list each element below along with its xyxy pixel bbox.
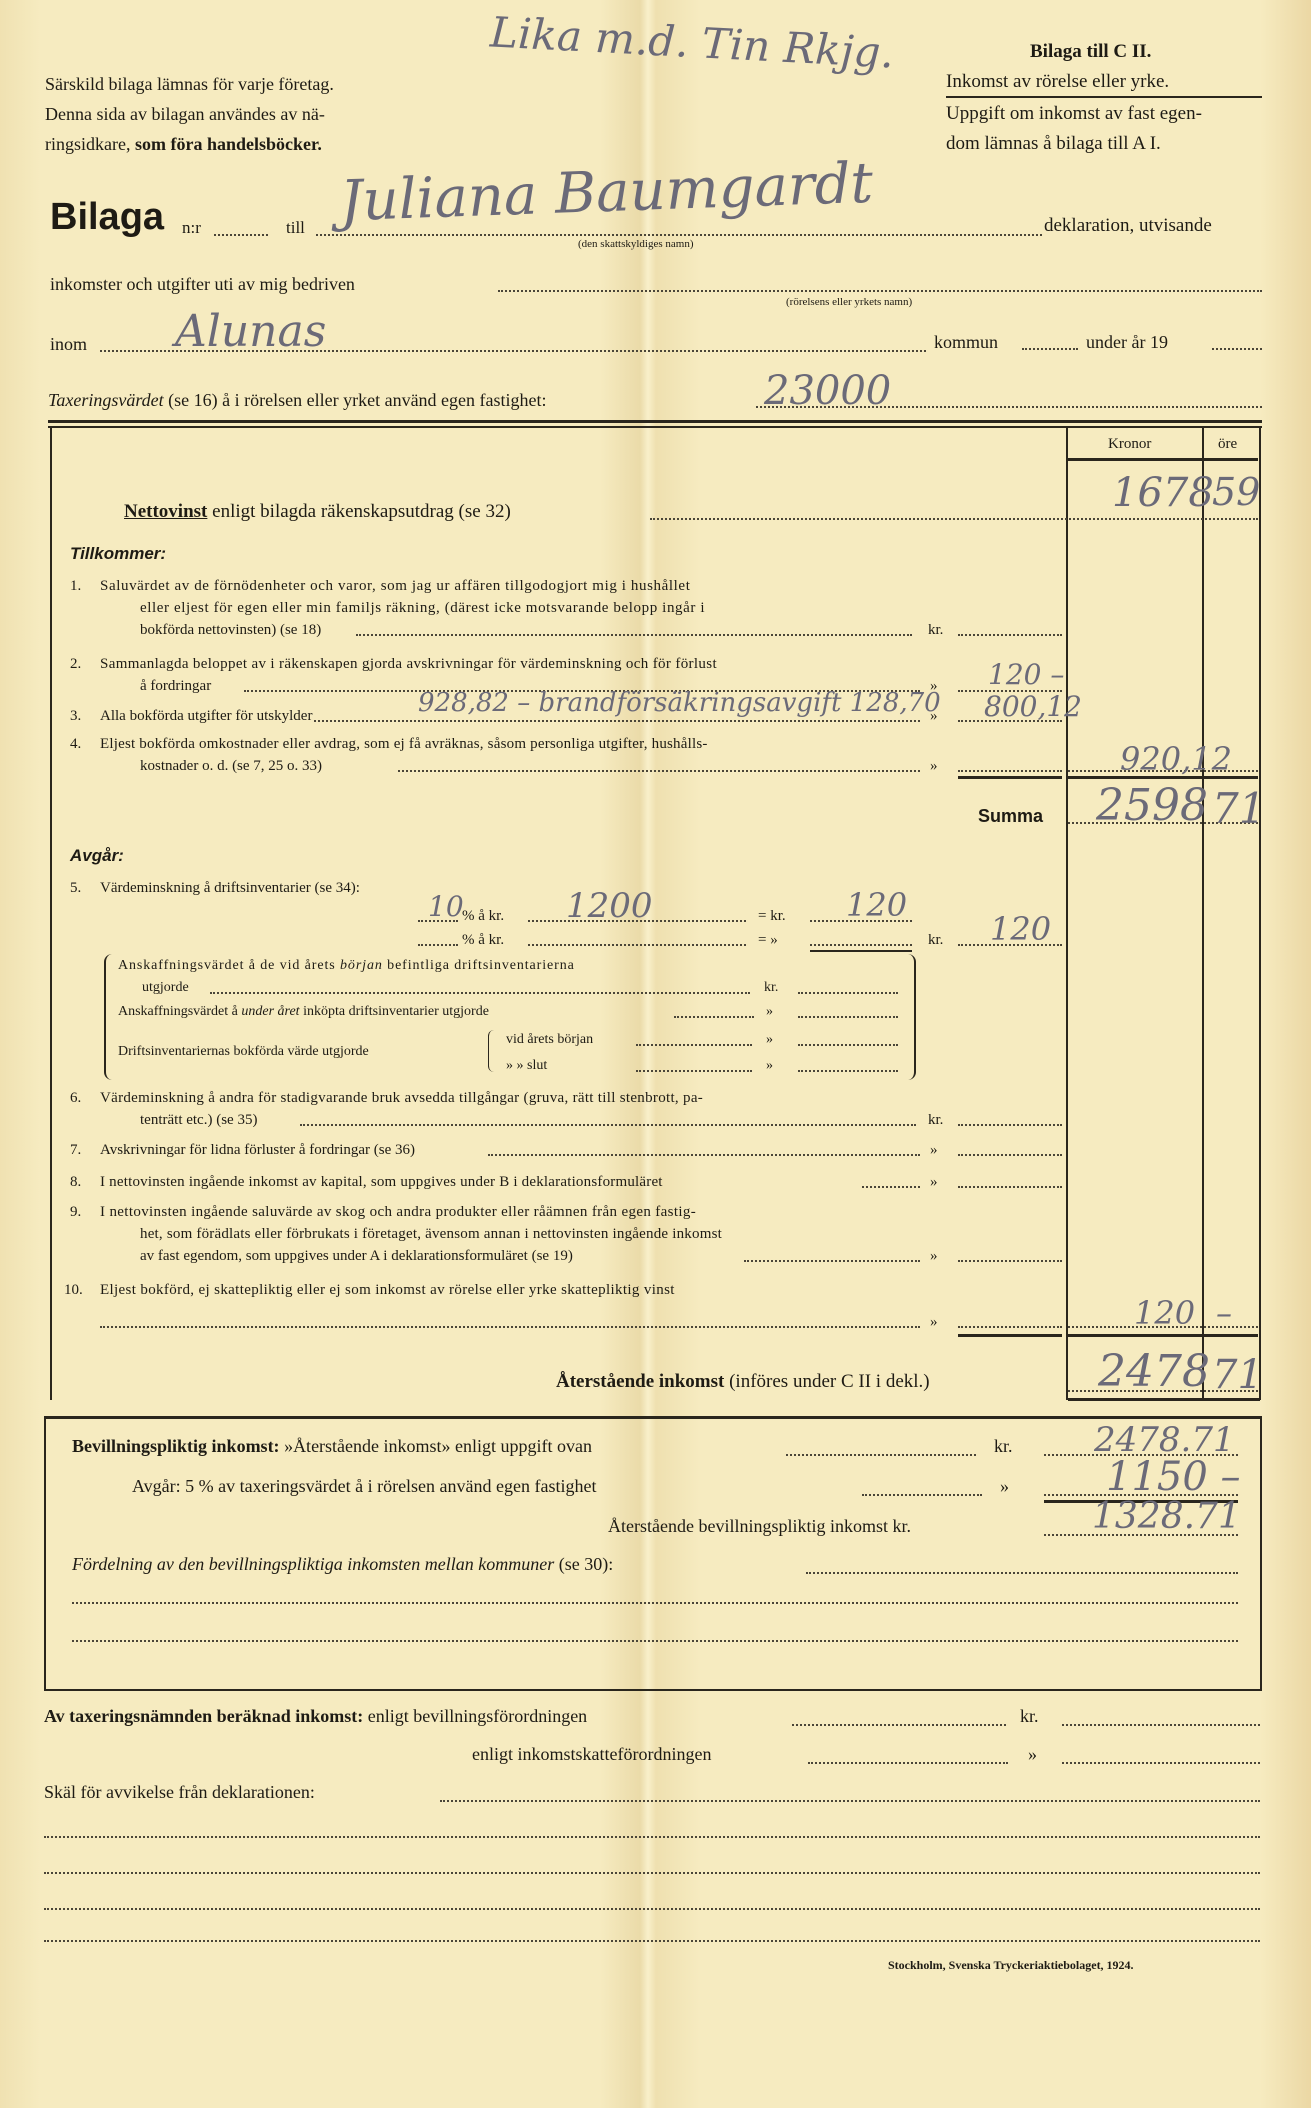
item-unit: » (930, 1312, 938, 1332)
committee-bold: Av taxeringsnämnden beräknad inkomst: (44, 1706, 363, 1726)
reason-field-2[interactable] (44, 1836, 1260, 1838)
item-3-value: 800,12 (984, 690, 1082, 723)
item-line: eller eljest för egen eller min familjs … (140, 598, 705, 618)
form-title: Bilaga till C II. (1030, 42, 1151, 62)
add-subtotal-value: 920,12 (1120, 740, 1232, 778)
summa-label: Summa (978, 806, 1043, 826)
remaining-bold: Återstående inkomst (556, 1371, 724, 1392)
item-6-value-field[interactable] (958, 1124, 1062, 1126)
item-line: tenträtt etc.) (se 35) (140, 1110, 257, 1130)
bracket-leader (636, 1044, 752, 1046)
result-underline (810, 950, 912, 952)
reason-field-5[interactable] (44, 1940, 1260, 1942)
distribution-label-italic: Fördelning av den bevillningspliktiga in… (72, 1554, 554, 1574)
item-leader (488, 1154, 920, 1156)
kronor-header: Kronor (1108, 434, 1151, 454)
remaining-kronor: 2478 (1098, 1346, 1210, 1397)
book-value-end-field[interactable] (798, 1070, 898, 1072)
inner-brace (488, 1030, 495, 1072)
till-label: till (286, 218, 305, 238)
assessable-leader (786, 1454, 976, 1456)
item-9-value-field[interactable] (958, 1260, 1062, 1262)
bracket-unit-3: » (766, 1030, 773, 1050)
sub-total-ore: – (1216, 1294, 1232, 1332)
inom-label: inom (50, 334, 87, 354)
bracket-unit-2: » (766, 1002, 773, 1022)
committee-leader (808, 1762, 1008, 1764)
committee-income-tax-field[interactable] (1062, 1762, 1260, 1764)
bracket-line-1c: utgjorde (142, 978, 189, 998)
bracket-line-2-italic: under året (241, 1004, 299, 1019)
bracket-unit-1: kr. (764, 978, 778, 998)
year-field[interactable] (1212, 348, 1262, 350)
remaining-assessable-value: 1328.71 (1092, 1496, 1241, 1537)
year-label: under år 19 (1086, 332, 1168, 352)
pct-label: % å kr. (462, 930, 504, 950)
committee-unit-2: » (1028, 1744, 1037, 1764)
item-line: Sammanlagda beloppet av i räkenskapen gj… (100, 654, 717, 674)
table-top-rule (48, 420, 1262, 423)
reason-field-4[interactable] (44, 1908, 1260, 1910)
result-2-field[interactable] (810, 944, 912, 946)
book-value-start-field[interactable] (798, 1044, 898, 1046)
base-2-field[interactable] (528, 944, 746, 946)
table-right-border (1259, 428, 1261, 1400)
sub-sum-rule-right (1068, 1334, 1258, 1337)
remaining-ore: 71 (1212, 1352, 1263, 1398)
item-line: bokförda nettovinsten) (se 18) (140, 620, 321, 640)
notice-line-1: Särskild bilaga lämnas för varje företag… (45, 74, 334, 94)
item-leader (356, 634, 912, 636)
subtitle-underline (946, 96, 1262, 98)
printer-imprint: Stockholm, Svenska Tryckeriaktiebolaget,… (888, 1955, 1134, 1975)
remaining-label: (införes under C II i dekl.) (724, 1371, 929, 1392)
sub-total-kronor: 120 (1134, 1294, 1195, 1332)
deklaration-label: deklaration, utvisande (1044, 216, 1212, 236)
bracket-line-1b: befintliga driftsinventarierna (383, 958, 575, 973)
form-subtitle: Inkomst av rörelse eller yrke. (946, 72, 1169, 92)
right-brace (904, 954, 916, 1080)
distribution-label: (se 30): (554, 1554, 613, 1574)
add-sum-rule-right (1068, 776, 1258, 779)
item-number: 5. (70, 878, 81, 898)
item-line: I nettovinsten ingående saluvärde av sko… (100, 1202, 696, 1222)
item-line: å fordringar (140, 676, 211, 696)
bracket-line-2a: Anskaffningsvärdet å (118, 1004, 241, 1019)
item-number: 9. (70, 1202, 81, 1222)
bracket-leader (674, 1016, 754, 1018)
item-3-handwritten-note: 928,82 – brandförsäkringsavgift 128,70 (418, 688, 941, 718)
distribution-field-1[interactable] (806, 1572, 1238, 1574)
item-line: kostnader o. d. (se 7, 25 o. 33) (140, 756, 322, 776)
assessable-unit-2: » (1000, 1476, 1009, 1496)
bracket-line-1-italic: början (340, 958, 383, 973)
left-brace (104, 954, 116, 1080)
item-line: I nettovinsten ingående inkomst av kapit… (100, 1172, 663, 1192)
item-number: 10. (64, 1280, 83, 1300)
sub-sum-rule-left (958, 1334, 1062, 1337)
bracket-leader (636, 1070, 752, 1072)
taxpayer-name-field[interactable] (316, 234, 1042, 236)
distribution-field-3[interactable] (72, 1640, 1238, 1642)
item-5-label: Värdeminskning å driftsinventarier (se 3… (100, 878, 360, 898)
pct-1-value: 10 (428, 890, 464, 923)
remaining-underline (1068, 1398, 1260, 1401)
add-sum-rule-left (958, 776, 1062, 779)
ore-col-left (1202, 428, 1204, 1400)
item-number: 4. (70, 734, 81, 754)
kommun-dots (1022, 348, 1078, 350)
item-7-value-field[interactable] (958, 1154, 1062, 1156)
net-profit-kronor[interactable]: 1678 (1112, 470, 1214, 516)
bracket-leader (210, 992, 750, 994)
item-leader (314, 720, 920, 722)
bracket-line-1a: Anskaffningsvärdet å de vid årets (118, 958, 340, 973)
book-value-end-label: » » slut (506, 1056, 547, 1076)
item-line: Avskrivningar för lidna förluster å ford… (100, 1140, 415, 1160)
base-1-value: 1200 (566, 886, 653, 926)
assessable-line-1: »Återstående inkomst» enligt uppgift ova… (280, 1436, 592, 1456)
tillkommer-label: Tillkommer: (70, 544, 166, 564)
pct-label: % å kr. (462, 906, 504, 926)
deduction-value: 1150 – (1106, 1454, 1241, 1500)
business-caption: (rörelsens eller yrkets namn) (786, 296, 912, 308)
item-line: Eljest bokförda omkostnader eller avdrag… (100, 734, 708, 754)
table-left-border (50, 428, 52, 1400)
item-leader (300, 1124, 916, 1126)
reason-label: Skäl för avvikelse från deklarationen: (44, 1782, 315, 1802)
assessable-leader (862, 1494, 982, 1496)
committee-leader (792, 1724, 1006, 1726)
committee-line-2: enligt inkomstskatteförordningen (472, 1744, 711, 1764)
tax-value-label: (se 16) å i rörelsen eller yrket använd … (164, 390, 547, 410)
item-number: 3. (70, 706, 81, 726)
item-line: Alla bokförda utgifter för utskylder (100, 706, 312, 726)
bracket-unit-4: » (766, 1056, 773, 1076)
item-1-value-field[interactable] (958, 634, 1062, 636)
net-profit-label: enligt bilagda räkenskapsutdrag (se 32) (207, 501, 510, 522)
item-line: Eljest bokförd, ej skattepliktig eller e… (100, 1280, 675, 1300)
net-profit-ore[interactable]: 59 (1212, 470, 1260, 514)
item-unit: » (930, 1246, 938, 1266)
notice-line-3: ringsidkare, (45, 134, 135, 154)
committee-grant-ordinance-field[interactable] (1062, 1724, 1260, 1726)
reason-field-3[interactable] (44, 1872, 1260, 1874)
item-unit: kr. (928, 620, 943, 640)
item-number: 1. (70, 576, 81, 596)
item-unit: » (930, 1172, 938, 1192)
eq-label: = » (758, 930, 778, 950)
form-note-2: dom lämnas å bilaga till A I. (946, 134, 1161, 154)
book-value-start-label: vid årets början (506, 1030, 593, 1050)
item-line: het, som förädlats eller förbrukats i fö… (140, 1224, 722, 1244)
kronor-col-left (1066, 428, 1068, 1400)
net-profit-bold: Nettovinst (124, 501, 207, 522)
item-5-total-value: 120 (990, 910, 1051, 948)
tax-value-handwritten: 23000 (764, 368, 891, 414)
business-label: inkomster och utgifter uti av mig bedriv… (50, 274, 355, 294)
item-unit: kr. (928, 1110, 943, 1130)
item-unit: » (930, 756, 938, 776)
table-top-rule-2 (48, 426, 1262, 428)
item-leader (862, 1186, 920, 1188)
item-unit: » (930, 706, 938, 726)
item-leader (398, 770, 920, 772)
notice-line-2: Denna sida av bilagan användes av nä- (45, 104, 325, 124)
item-unit: » (930, 1140, 938, 1160)
reason-field-1[interactable] (440, 1800, 1260, 1802)
acquisition-start-field[interactable] (798, 992, 898, 994)
ore-header: öre (1218, 434, 1237, 454)
bracket-line-2b: inköpta driftsinventarier utgjorde (300, 1004, 489, 1019)
committee-unit-1: kr. (1020, 1706, 1039, 1726)
item-number: 8. (70, 1172, 81, 1192)
item-10-description-field[interactable] (100, 1326, 920, 1328)
notice-line-3-bold: som föra handelsböcker. (135, 134, 322, 154)
assessable-line-3: Återstående bevillningspliktig inkomst k… (608, 1516, 911, 1536)
result-1-value: 120 (846, 886, 907, 924)
municipality-handwritten: Alunas (175, 306, 326, 357)
net-profit-leader (650, 518, 1258, 520)
item-8-value-field[interactable] (958, 1186, 1062, 1188)
acquisition-during-field[interactable] (798, 1016, 898, 1018)
avgar-label: Avgår: (70, 846, 124, 866)
item-number: 2. (70, 654, 81, 674)
item-number: 6. (70, 1088, 81, 1108)
item-line: Värdeminskning å andra för stadigvarande… (100, 1088, 703, 1108)
nr-label: n:r (182, 218, 201, 238)
bracket-line-3: Driftsinventariernas bokförda värde utgj… (118, 1042, 369, 1062)
item-line: av fast egendom, som uppgives under A i … (140, 1246, 573, 1266)
item-2-value: 120 – (988, 658, 1064, 691)
summa-kronor: 2598 (1096, 780, 1208, 831)
item-5-total-unit: kr. (928, 930, 943, 950)
business-name-field[interactable] (498, 290, 1262, 292)
bilaga-heading: Bilaga (50, 196, 164, 239)
nr-field[interactable] (214, 234, 268, 236)
assessable-bold: Bevillningspliktig inkomst: (72, 1436, 280, 1456)
form-note-1: Uppgift om inkomst av fast egen- (946, 104, 1202, 124)
summa-ore: 71 (1212, 784, 1265, 833)
assessable-unit-1: kr. (994, 1436, 1013, 1456)
item-number: 7. (70, 1140, 81, 1160)
eq-label: = kr. (758, 906, 786, 926)
kommun-label: kommun (934, 332, 998, 352)
tax-value-label-italic: Taxeringsvärdet (48, 390, 164, 410)
pct-2-field[interactable] (418, 944, 458, 946)
taxpayer-caption: (den skattskyldiges namn) (578, 238, 693, 250)
distribution-field-2[interactable] (72, 1602, 1238, 1604)
item-leader (744, 1260, 920, 1262)
item-4-value-field[interactable] (958, 770, 1062, 772)
item-line: Saluvärdet av de förnödenheter och varor… (100, 576, 690, 596)
item-10-value-field[interactable] (958, 1326, 1062, 1328)
header-underline (1068, 458, 1258, 461)
committee-line-1: enligt bevillningsförordningen (363, 1706, 587, 1726)
assessable-line-2: Avgår: 5 % av taxeringsvärdet å i rörels… (132, 1476, 596, 1496)
